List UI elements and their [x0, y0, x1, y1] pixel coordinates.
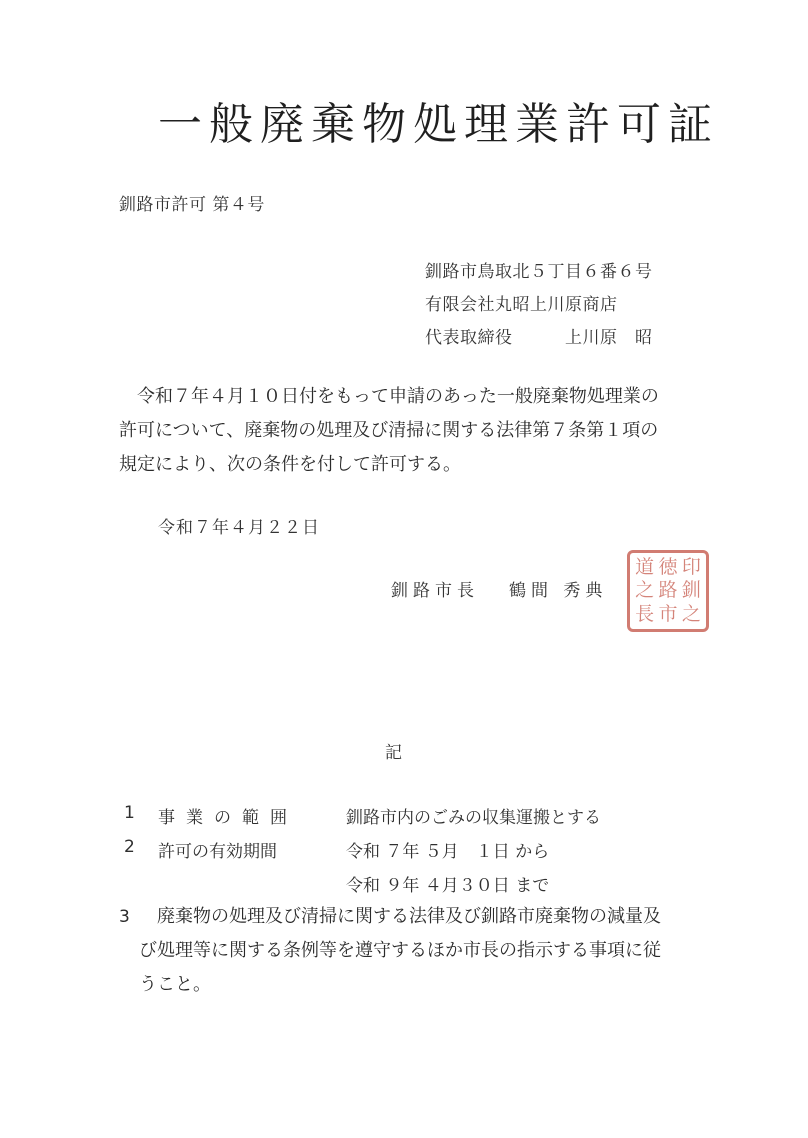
condition-label: 事業の範囲	[158, 803, 298, 828]
seal-glyph: 市	[656, 603, 679, 626]
issue-date: 令和７年４月２２日	[158, 513, 320, 538]
seal-glyph: 道	[633, 556, 656, 579]
addressee-address: 釧路市鳥取北５丁目６番６号	[425, 256, 653, 289]
seal-glyph: 路	[656, 579, 679, 602]
seal-glyph: 徳	[656, 556, 679, 579]
condition-line: び処理等に関する条例等を遵守するほか市長の指示する事項に従	[119, 934, 661, 968]
seal-glyph: 釧	[680, 579, 703, 602]
condition-line: 廃棄物の処理及び清掃に関する法律及び釧路市廃棄物の減量及	[157, 906, 661, 927]
seal-glyph: 之	[680, 603, 703, 626]
seal-glyph: 印	[680, 556, 703, 579]
seal-glyph: 之	[633, 579, 656, 602]
validity-start: 令和 ７年 ５月 １日 から	[346, 837, 549, 862]
document-title: 一般廃棄物処理業許可証	[158, 98, 719, 152]
condition-number: 2	[124, 837, 135, 857]
representative-name: 上川原 昭	[565, 328, 653, 348]
condition-number: 1	[124, 803, 135, 823]
addressee-company: 有限会社丸昭上川原商店	[425, 289, 653, 322]
issuer-title: 釧路市長	[391, 581, 479, 601]
condition-number: 3	[119, 900, 157, 934]
permit-body-paragraph: 令和７年４月１０日付をもって申請のあった一般廃棄物処理業の 許可について、廃棄物…	[119, 380, 719, 482]
ki-heading: 記	[385, 738, 402, 763]
permit-number: 釧路市許可 第４号	[119, 190, 265, 215]
condition-3-paragraph: 3廃棄物の処理及び清掃に関する法律及び釧路市廃棄物の減量及 び処理等に関する条例…	[119, 900, 661, 1002]
addressee-block: 釧路市鳥取北５丁目６番６号 有限会社丸昭上川原商店 代表取締役上川原 昭	[425, 256, 653, 355]
addressee-representative: 代表取締役上川原 昭	[425, 322, 653, 355]
body-line: 許可について、廃棄物の処理及び清掃に関する法律第７条第１項の	[119, 414, 719, 448]
issuer-signature: 釧路市長鶴間 秀典	[391, 576, 607, 601]
representative-title: 代表取締役	[425, 322, 565, 355]
body-line: 規定により、次の条件を付して許可する。	[119, 448, 719, 482]
condition-label: 許可の有効期間	[158, 837, 277, 862]
validity-end: 令和 ９年 ４月３０日 まで	[346, 871, 549, 896]
condition-line: うこと。	[119, 968, 661, 1002]
official-seal-stamp: 道 徳 印 之 路 釧 長 市 之	[627, 550, 709, 632]
condition-value: 釧路市内のごみの収集運搬とする	[346, 803, 601, 828]
seal-glyph: 長	[633, 603, 656, 626]
body-line: 令和７年４月１０日付をもって申請のあった一般廃棄物処理業の	[119, 380, 719, 414]
issuer-name: 鶴間 秀典	[509, 581, 607, 601]
